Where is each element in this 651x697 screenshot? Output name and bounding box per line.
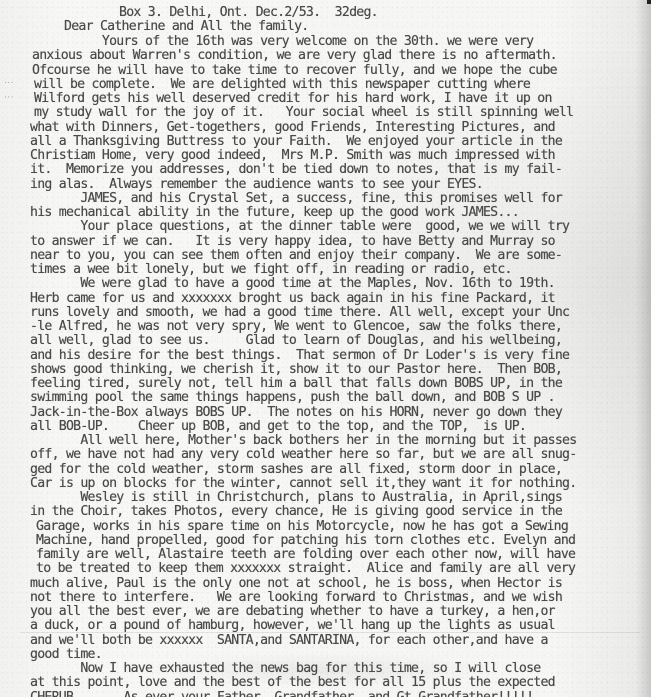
letter-line: -le Alfred, he was not very spry, We wen… (30, 319, 562, 334)
letter-line: Garage, works in his spare time on his M… (36, 519, 568, 534)
letter-line: you all the best ever, we are debating w… (30, 604, 555, 619)
letter-line: Car is up on blocks for the winter, cann… (30, 476, 576, 491)
letter-line: and his desire for the best things. That… (30, 348, 569, 363)
letter-line: anxious about Warren's condition, we are… (32, 48, 557, 63)
letter-line: what with Dinners, Get-togethers, good F… (30, 120, 555, 135)
letter-line: Yours of the 16th was very welcome on th… (30, 34, 533, 49)
letter-line: all a Thanksgiving Buttress to your Fait… (30, 134, 562, 149)
letter-line: good time. (30, 647, 102, 662)
letter-line: off, we have not had any very cold weath… (30, 447, 576, 462)
letter-line: in the Choir, takes Photos, every chance… (30, 504, 562, 519)
letter-body: Box 3. Delhi, Ont. Dec.2/53. 32deg. Dear… (0, 0, 651, 90)
letter-line: ged for the cold weather, storm sashes a… (30, 462, 562, 477)
letter-salutation: Dear Catherine and All the family. (64, 19, 308, 34)
letter-line: swimming pool the same things happens, p… (30, 390, 555, 405)
letter-line: Jack-in-the-Box always BOBS UP. The note… (30, 405, 562, 420)
letter-line: JAMES, and his Crystal Set, a success, f… (30, 191, 562, 206)
letter-line: Wesley is still in Christchurch, plans t… (30, 490, 562, 505)
letter-page: ⋮ ⋮ Box 3. Delhi, Ont. Dec.2/53. 32deg. … (0, 0, 651, 697)
letter-line: feeling tired, surely not, tell him a ba… (30, 376, 562, 391)
letter-line: not there to interfere. We are looking f… (30, 590, 562, 605)
letter-line: a duck, or a pound of hamburg, however, … (30, 618, 555, 633)
letter-line: will be complete. We are delighted with … (34, 77, 530, 92)
letter-line: Ofcourse he will have to take time to re… (32, 63, 557, 78)
letter-line: shows good thinking, we cherish it, show… (30, 362, 562, 377)
letter-line: All well here, Mother's back bothers her… (30, 433, 576, 448)
letter-line: all BOB-UP. Cheer up BOB, and get to the… (30, 419, 526, 434)
letter-line: Your place questions, at the dinner tabl… (30, 219, 569, 234)
letter-header: Box 3. Delhi, Ont. Dec.2/53. 32deg. (119, 5, 378, 20)
letter-line: Herb came for us and xxxxxxx broght us b… (30, 291, 555, 306)
letter-line: Christiam Home, very good indeed, Mrs M.… (30, 148, 555, 163)
letter-line: it. Memorize you addresses, don't be tie… (30, 162, 562, 177)
letter-line: Machine, hand propelled, good for patchi… (36, 533, 575, 548)
letter-line: times a wee bit lonely, but we fight off… (30, 262, 512, 277)
letter-line: to be treated to keep them xxxxxxx strai… (36, 561, 575, 576)
page-edge-shadow (635, 0, 651, 697)
letter-line: all well, glad to see us. Glad to learn … (30, 333, 562, 348)
letter-line: my study wall for the joy of it. Your so… (34, 105, 573, 120)
letter-line: much alive, Paul is the only one not at … (30, 576, 562, 591)
letter-line: Wilford gets his well deserved credit fo… (34, 91, 552, 106)
letter-line: to answer if we can. It is very happy id… (30, 234, 555, 249)
letter-line: ing alas. Always remember the audience w… (30, 177, 483, 192)
letter-line: runs lovely and smooth, we had a good ti… (30, 305, 569, 320)
letter-line: near to you, you can see them often and … (30, 248, 562, 263)
letter-line: at this point, love and the best of the … (30, 675, 555, 690)
letter-line: Now I have exhausted the news bag for th… (30, 661, 540, 676)
letter-line: and we'll both be xxxxxx SANTA,and SANTA… (30, 633, 548, 648)
letter-line: his mechanical ability in the future, ke… (30, 205, 519, 220)
letter-line: We were glad to have a good time at the … (30, 276, 555, 291)
letter-line: family are well, Alastaire teeth are fol… (36, 547, 575, 562)
letter-line: CHERUB . As ever your Father, Grandfathe… (30, 690, 533, 697)
